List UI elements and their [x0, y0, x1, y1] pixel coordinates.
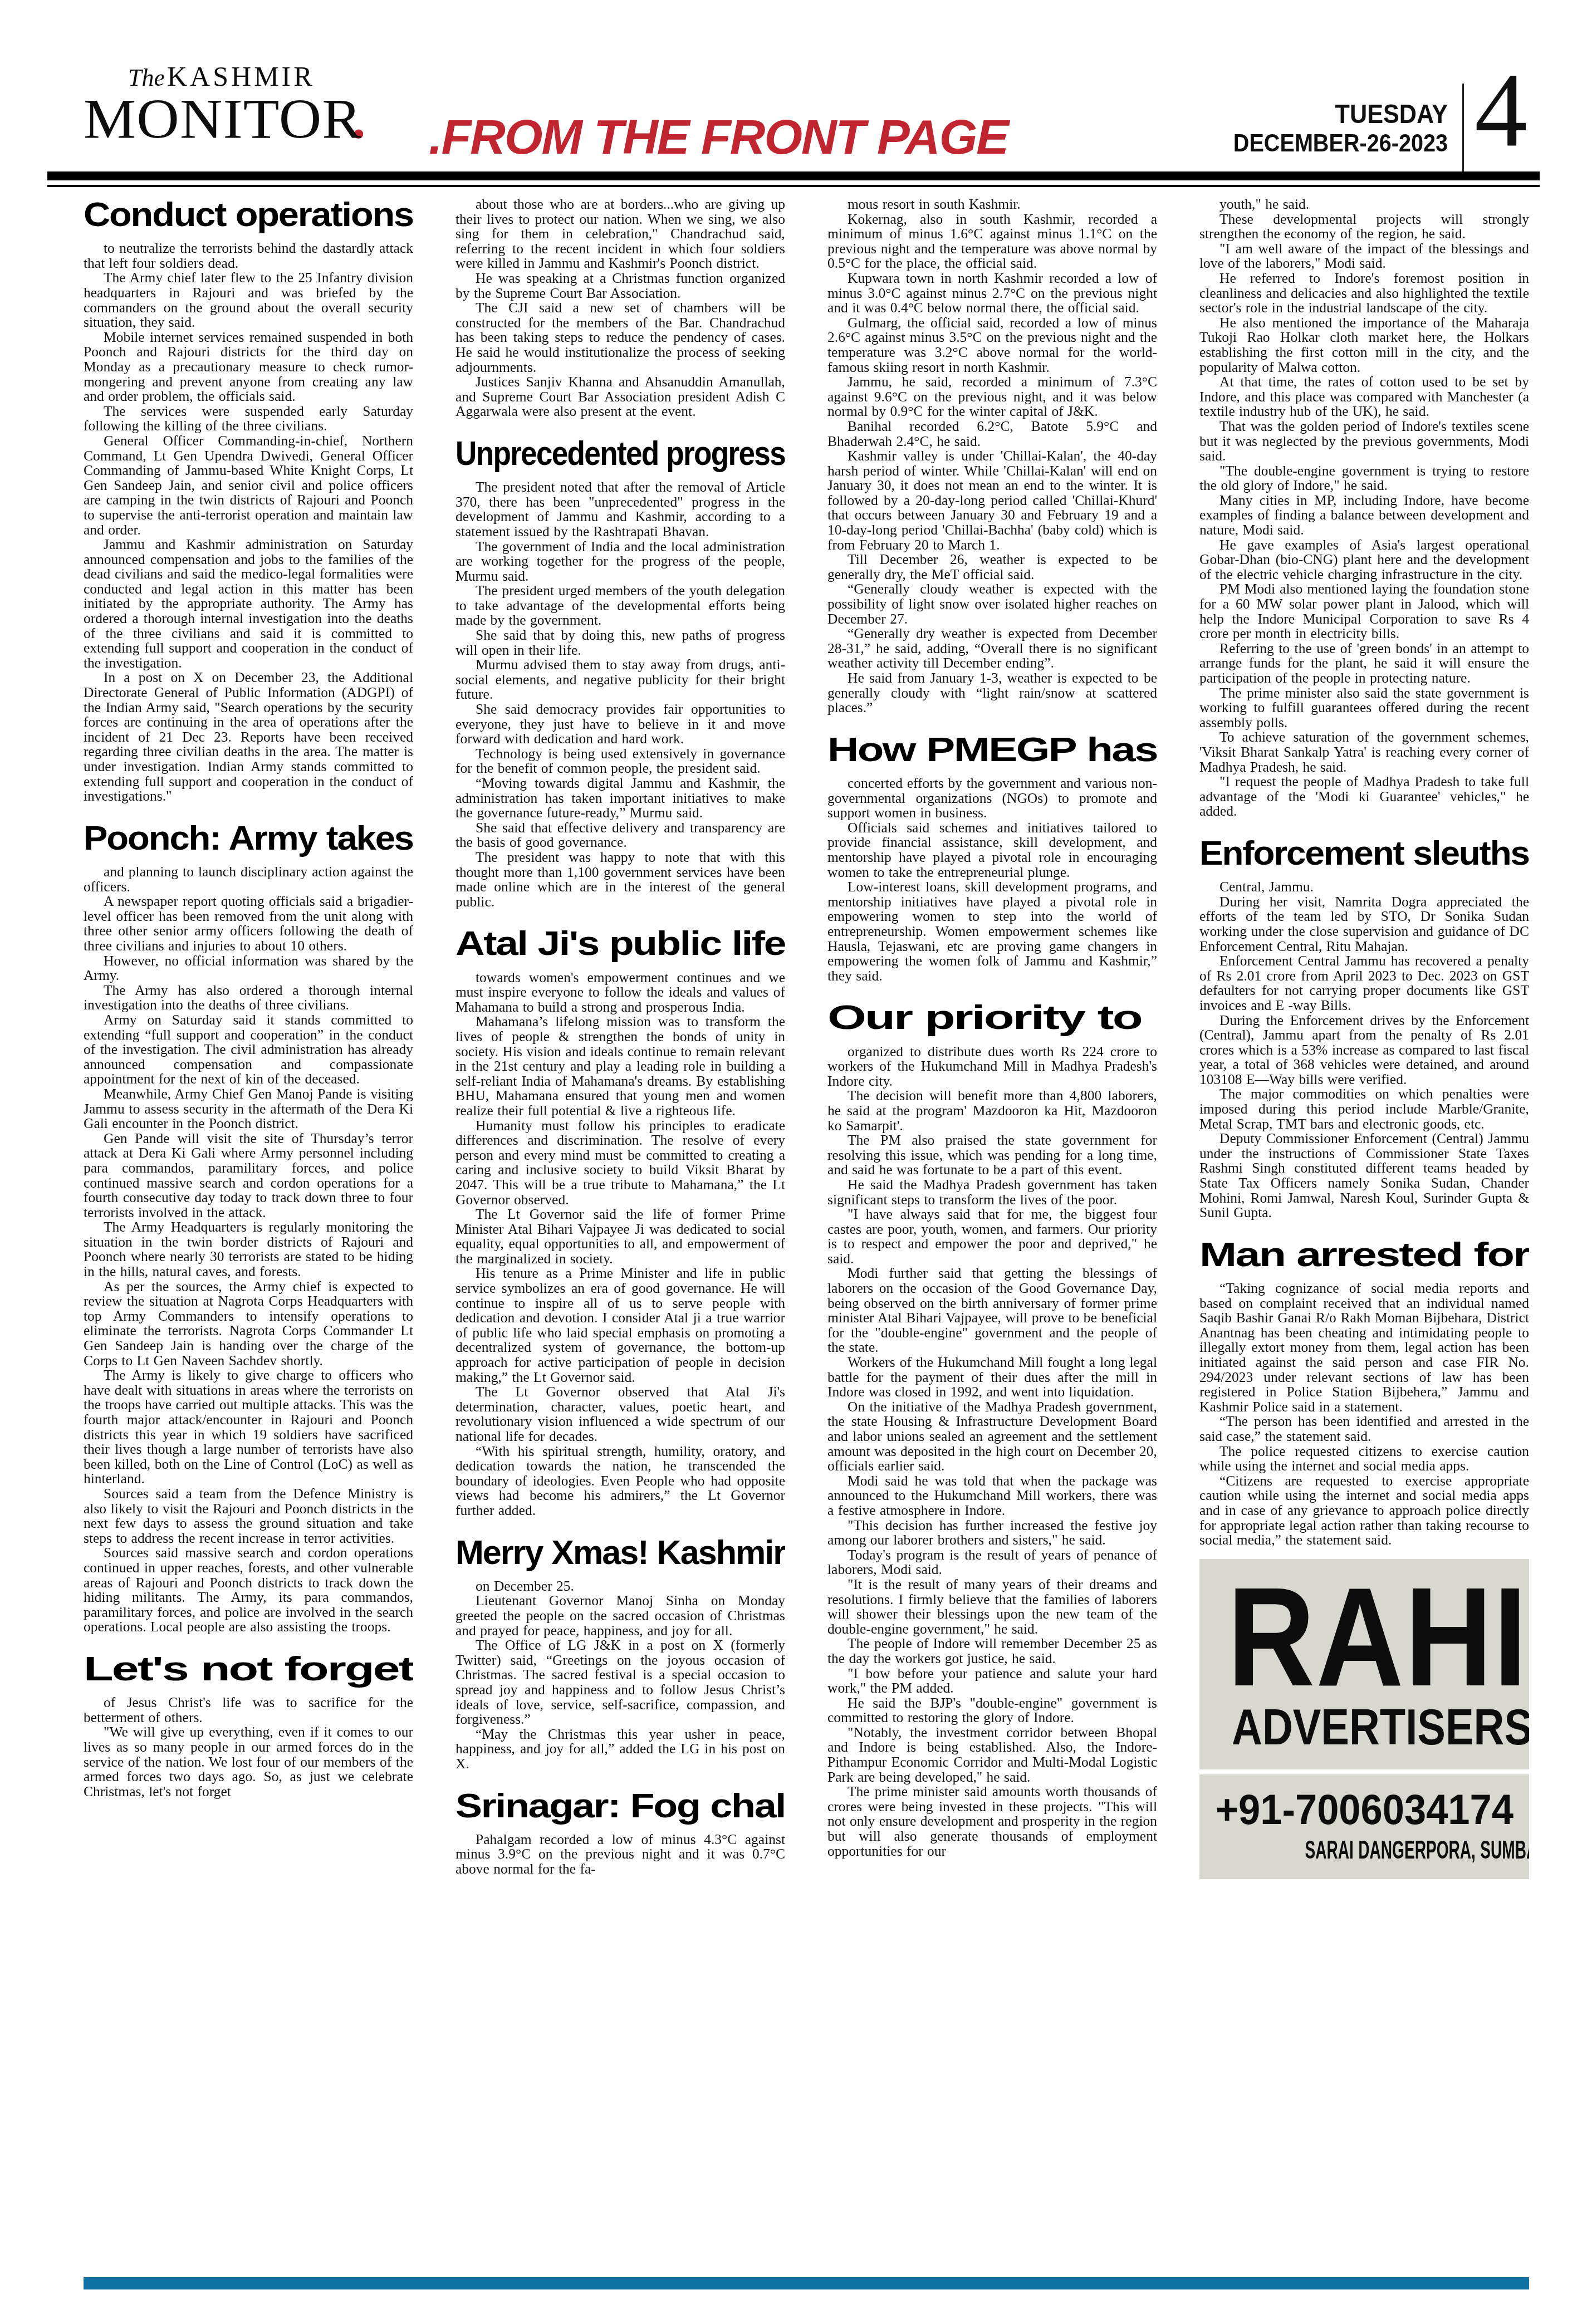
article-paragraph: Pahalgam recorded a low of minus 4.3°C a…	[455, 1832, 785, 1877]
article-paragraph: Mobile internet services remained suspen…	[84, 330, 413, 404]
article-paragraph: on December 25.	[455, 1579, 785, 1594]
article-paragraph: He was speaking at a Christmas function …	[455, 271, 785, 301]
ad-subtitle: ADVERTISERS	[1232, 1703, 1529, 1753]
article-paragraph: "It is the result of many years of their…	[827, 1577, 1157, 1636]
article-headline: Let's not forget	[84, 1651, 413, 1686]
article-paragraph: General Officer Commanding-in-chief, Nor…	[84, 434, 413, 537]
article-paragraph: "The double-engine government is trying …	[1199, 464, 1529, 493]
article-paragraph: She said democracy provides fair opportu…	[455, 702, 785, 747]
article-paragraph: He said the BJP's "double-engine" govern…	[827, 1696, 1157, 1725]
article-paragraph: Many cities in MP, including Indore, hav…	[1199, 493, 1529, 538]
page-number: 4	[1475, 58, 1527, 164]
article-headline: Conduct operations	[84, 197, 413, 232]
article-paragraph: As per the sources, the Army chief is ex…	[84, 1279, 413, 1369]
article-paragraph: The major commodities on which penalties…	[1199, 1087, 1529, 1131]
article-paragraph: A newspaper report quoting officials sai…	[84, 894, 413, 953]
article-paragraph: "I am well aware of the impact of the bl…	[1199, 242, 1529, 271]
article-paragraph: The Lt Governor said the life of former …	[455, 1207, 785, 1266]
article-paragraph: Deputy Commissioner Enforcement (Central…	[1199, 1131, 1529, 1220]
article-headline: Man arrested for	[1199, 1237, 1529, 1272]
column-1: Conduct operationsto neutralize the terr…	[84, 197, 413, 2257]
article-paragraph: "This decision has further increased the…	[827, 1518, 1157, 1548]
ad-title: RAHI	[1227, 1578, 1528, 1697]
article-paragraph: Officials said schemes and initiatives t…	[827, 821, 1157, 880]
article-paragraph: “Generally cloudy weather is expected wi…	[827, 582, 1157, 626]
article-paragraph: The Lt Governor observed that Atal Ji's …	[455, 1385, 785, 1444]
article-headline-text: Our priority to	[827, 1000, 1142, 1035]
article-paragraph: "I have always said that for me, the big…	[827, 1207, 1157, 1266]
article-paragraph: Army on Saturday said it stands committe…	[84, 1013, 413, 1087]
article-paragraph: Justices Sanjiv Khanna and Ahsanuddin Am…	[455, 375, 785, 419]
article-paragraph: “With his spiritual strength, humility, …	[455, 1444, 785, 1518]
article-paragraph: The government of India and the local ad…	[455, 540, 785, 584]
article-headline: Srinagar: Fog chal	[455, 1788, 785, 1823]
article-paragraph: However, no official information was sha…	[84, 954, 413, 983]
issue-date: DECEMBER-26-2023	[1217, 130, 1448, 158]
article-paragraph: Today's program is the result of years o…	[827, 1548, 1157, 1577]
article-paragraph: The Army Headquarters is regularly monit…	[84, 1220, 413, 1279]
article-paragraph: Technology is being used extensively in …	[455, 747, 785, 776]
article-paragraph: At that time, the rates of cotton used t…	[1199, 375, 1529, 419]
article-paragraph: He also mentioned the importance of the …	[1199, 316, 1529, 375]
article-paragraph: Modi said he was told that when the pack…	[827, 1474, 1157, 1518]
article-paragraph: to neutralize the terrorists behind the …	[84, 241, 413, 271]
article-paragraph: "I bow before your patience and salute y…	[827, 1666, 1157, 1696]
article-paragraph: Enforcement Central Jammu has recovered …	[1199, 954, 1529, 1013]
article-paragraph: “Citizens are requested to exercise appr…	[1199, 1474, 1529, 1548]
article-paragraph: Banihal recorded 6.2°C, Batote 5.9°C and…	[827, 419, 1157, 449]
article-paragraph: In a post on X on December 23, the Addit…	[84, 670, 413, 803]
article-headline: Our priority to	[827, 1000, 1157, 1035]
article-paragraph: “The person has been identified and arre…	[1199, 1414, 1529, 1444]
article-paragraph: Mahamana’s lifelong mission was to trans…	[455, 1014, 785, 1118]
newspaper-page: The KASHMIR MONITOR. .FROM THE FRONT PAG…	[0, 0, 1587, 2324]
article-headline: Merry Xmas! Kashmir	[455, 1535, 785, 1570]
article-paragraph: "Notably, the investment corridor betwee…	[827, 1725, 1157, 1784]
article-paragraph: mous resort in south Kashmir.	[827, 197, 1157, 212]
article-headline-text: How PMEGP has	[827, 732, 1157, 767]
article-paragraph: about those who are at borders...who are…	[455, 197, 785, 271]
article-paragraph: The Army is likely to give charge to off…	[84, 1368, 413, 1487]
bottom-rule	[84, 2277, 1529, 2289]
article-paragraph: The CJI said a new set of chambers will …	[455, 301, 785, 375]
article-headline: Atal Ji's public life	[455, 926, 785, 961]
masthead-rule-thin	[47, 185, 1540, 187]
ad-lower: +91-7006034174SARAI DANGERPORA, SUMBAL. …	[1199, 1774, 1529, 1879]
brand-the: The	[128, 64, 165, 91]
brand-monitor: MONITOR	[84, 91, 362, 148]
article-paragraph: concerted efforts by the government and …	[827, 776, 1157, 821]
article-paragraph: Kupwara town in north Kashmir recorded a…	[827, 271, 1157, 316]
brand-logo: The KASHMIR MONITOR.	[84, 62, 366, 148]
article-paragraph: Jammu, he said, recorded a minimum of 7.…	[827, 375, 1157, 419]
article-paragraph: Kokernag, also in south Kashmir, recorde…	[827, 212, 1157, 271]
article-paragraph: The Army has also ordered a thorough int…	[84, 983, 413, 1013]
article-headline-text: Enforcement sleuths	[1199, 836, 1529, 871]
column-3: mous resort in south Kashmir.Kokernag, a…	[827, 197, 1157, 2257]
article-paragraph: Low-interest loans, skill development pr…	[827, 880, 1157, 983]
article-paragraph: "I request the people of Madhya Pradesh …	[1199, 774, 1529, 819]
article-headline-text: Unprecedented progress	[455, 436, 785, 471]
article-paragraph: Lieutenant Governor Manoj Sinha on Monda…	[455, 1594, 785, 1638]
article-paragraph: The president noted that after the remov…	[455, 480, 785, 539]
article-paragraph: His tenure as a Prime Minister and life …	[455, 1266, 785, 1385]
article-paragraph: The services were suspended early Saturd…	[84, 404, 413, 434]
article-paragraph: Sources said massive search and cordon o…	[84, 1546, 413, 1635]
article-paragraph: Central, Jammu.	[1199, 880, 1529, 895]
article-headline-text: Srinagar: Fog chal	[455, 1788, 785, 1823]
article-paragraph: The prime minister said amounts worth th…	[827, 1784, 1157, 1859]
brand-kashmir: KASHMIR	[167, 61, 315, 92]
article-paragraph: The president was happy to note that wit…	[455, 850, 785, 909]
article-headline: How PMEGP has	[827, 732, 1157, 767]
ad-address: SARAI DANGERPORA, SUMBAL. 193501	[1305, 1833, 1529, 1866]
masthead-vertical-rule	[1462, 84, 1464, 174]
article-paragraph: The PM also praised the state government…	[827, 1133, 1157, 1178]
article-paragraph: On the initiative of the Madhya Pradesh …	[827, 1400, 1157, 1474]
article-paragraph: Kashmir valley is under 'Chillai-Kalan',…	[827, 449, 1157, 552]
article-paragraph: “May the Christmas this year usher in pe…	[455, 1727, 785, 1772]
article-paragraph: He said the Madhya Pradesh government ha…	[827, 1178, 1157, 1207]
article-paragraph: “Moving towards digital Jammu and Kashmi…	[455, 776, 785, 821]
column-4: youth," he said.These developmental proj…	[1199, 197, 1529, 2257]
article-paragraph: Sources said a team from the Defence Min…	[84, 1487, 413, 1546]
article-paragraph: The Office of LG J&K in a post on X (for…	[455, 1638, 785, 1727]
ad-phone: +91-7006034174	[1215, 1787, 1513, 1833]
article-paragraph: Humanity must follow his principles to e…	[455, 1119, 785, 1208]
article-paragraph: Referring to the use of 'green bonds' in…	[1199, 641, 1529, 686]
article-paragraph: of Jesus Christ's life was to sacrifice …	[84, 1695, 413, 1725]
article-paragraph: He referred to Indore's foremost positio…	[1199, 271, 1529, 316]
article-paragraph: He gave examples of Asia's largest opera…	[1199, 538, 1529, 582]
article-paragraph: Workers of the Hukumchand Mill fought a …	[827, 1355, 1157, 1400]
article-columns: Conduct operationsto neutralize the terr…	[84, 197, 1529, 2257]
article-paragraph: During her visit, Namrita Dogra apprecia…	[1199, 895, 1529, 954]
article-paragraph: She said that by doing this, new paths o…	[455, 628, 785, 658]
article-paragraph: "We will give up everything, even if it …	[84, 1725, 413, 1799]
article-headline: Unprecedented progress	[455, 436, 785, 471]
article-headline-text: Atal Ji's public life	[455, 926, 785, 961]
article-paragraph: The prime minister also said the state g…	[1199, 686, 1529, 730]
masthead-rule-thick	[47, 171, 1540, 180]
article-paragraph: Meanwhile, Army Chief Gen Manoj Pande is…	[84, 1087, 413, 1131]
article-paragraph: Modi further said that getting the bless…	[827, 1266, 1157, 1355]
article-headline: Enforcement sleuths	[1199, 836, 1529, 871]
article-paragraph: “Generally dry weather is expected from …	[827, 626, 1157, 671]
article-headline-text: Merry Xmas! Kashmir	[455, 1535, 785, 1570]
article-paragraph: She said that effective delivery and tra…	[455, 821, 785, 850]
section-title: .FROM THE FRONT PAGE	[429, 111, 1007, 163]
article-paragraph: “Taking cognizance of social media repor…	[1199, 1281, 1529, 1414]
article-paragraph: Murmu advised them to stay away from dru…	[455, 658, 785, 702]
article-headline-text: Let's not forget	[84, 1651, 413, 1686]
article-paragraph: youth," he said.	[1199, 197, 1529, 212]
article-paragraph: That was the golden period of Indore's t…	[1199, 419, 1529, 464]
article-paragraph: The decision will benefit more than 4,80…	[827, 1089, 1157, 1133]
article-paragraph: Till December 26, weather is expected to…	[827, 552, 1157, 582]
article-paragraph: To achieve saturation of the government …	[1199, 730, 1529, 774]
column-2: about those who are at borders...who are…	[455, 197, 785, 2257]
article-paragraph: The people of Indore will remember Decem…	[827, 1636, 1157, 1666]
article-paragraph: These developmental projects will strong…	[1199, 212, 1529, 242]
article-paragraph: Gulmarg, the official said, recorded a l…	[827, 316, 1157, 375]
article-headline: Poonch: Army takes	[84, 821, 413, 856]
article-headline-text: Conduct operations	[84, 197, 413, 232]
article-paragraph: During the Enforcement drives by the Enf…	[1199, 1013, 1529, 1087]
ad-box: RAHIADVERTISERS+91-7006034174SARAI DANGE…	[1199, 1559, 1529, 1880]
issue-block: TUESDAY DECEMBER-26-2023	[1217, 99, 1448, 158]
article-paragraph: and planning to launch disciplinary acti…	[84, 865, 413, 894]
article-paragraph: organized to distribute dues worth Rs 22…	[827, 1045, 1157, 1089]
article-headline-text: Man arrested for	[1199, 1237, 1529, 1272]
article-paragraph: The police requested citizens to exercis…	[1199, 1444, 1529, 1474]
article-paragraph: towards women's empowerment continues an…	[455, 970, 785, 1015]
article-paragraph: Gen Pande will visit the site of Thursda…	[84, 1131, 413, 1220]
article-paragraph: Jammu and Kashmir administration on Satu…	[84, 537, 413, 670]
article-paragraph: He said from January 1-3, weather is exp…	[827, 671, 1157, 715]
ad-upper: RAHIADVERTISERS	[1199, 1559, 1529, 1769]
article-paragraph: The Army chief later flew to the 25 Infa…	[84, 271, 413, 330]
issue-day: TUESDAY	[1217, 99, 1448, 130]
article-headline-text: Poonch: Army takes	[84, 821, 413, 856]
article-paragraph: The president urged members of the youth…	[455, 584, 785, 628]
article-paragraph: PM Modi also mentioned laying the founda…	[1199, 582, 1529, 641]
